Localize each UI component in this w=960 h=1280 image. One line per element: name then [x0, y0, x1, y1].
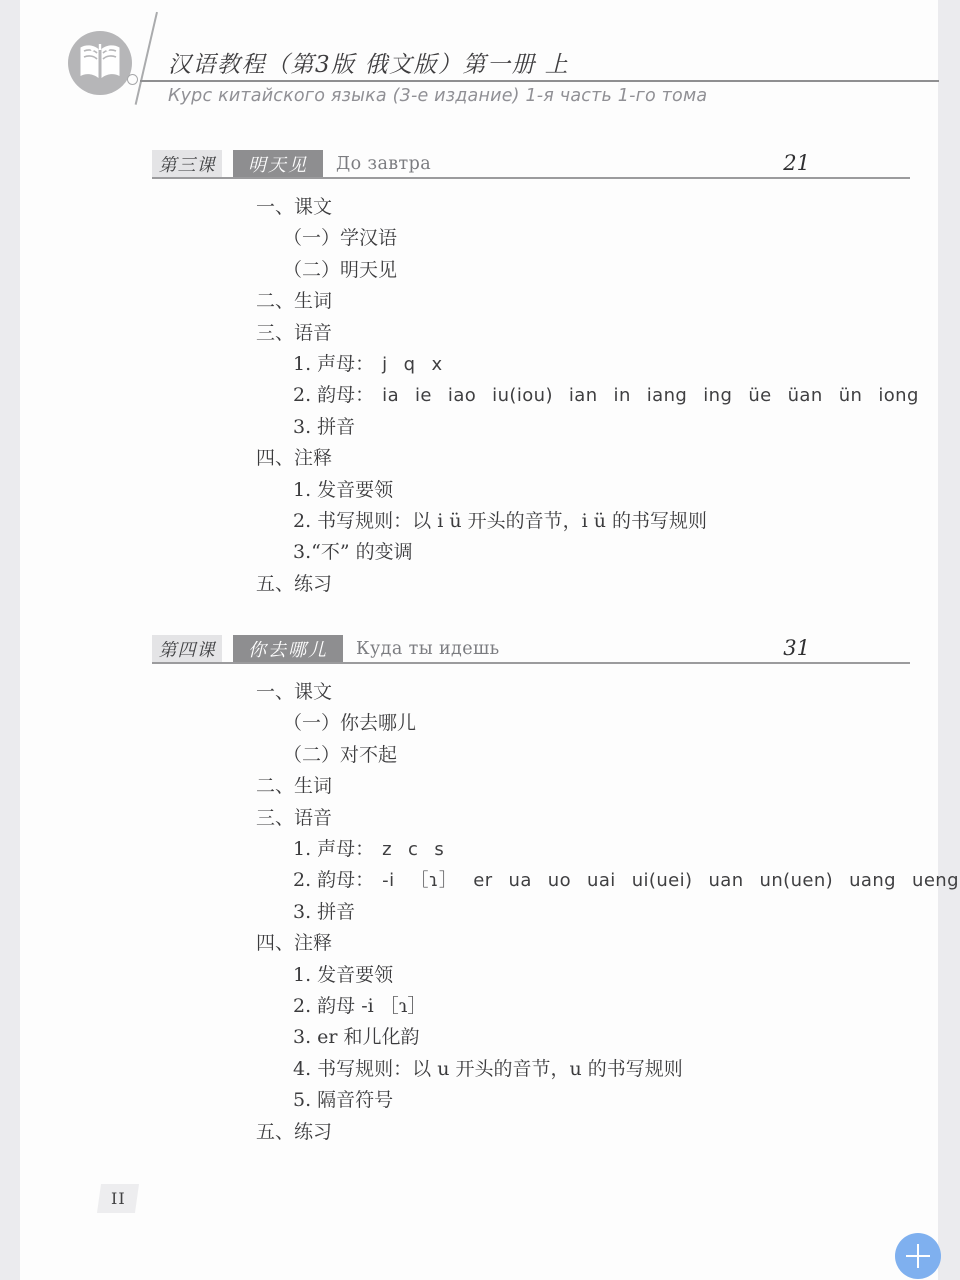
header-ring-marker	[127, 74, 138, 85]
toc-item: （二）对不起	[152, 740, 910, 771]
toc-item: 1. 声母：j q x	[152, 349, 910, 380]
add-button[interactable]	[895, 1233, 941, 1279]
running-subtitle: Курс китайского языка (3-е издание) 1-я …	[168, 86, 707, 106]
toc-item: 2. 韵母：-i ［ɿ］ er ua uo uai ui(uei) uan un…	[152, 865, 910, 896]
toc-item: 二、生词	[152, 286, 910, 317]
lesson-title-badge: 你去哪儿	[233, 635, 343, 662]
toc-item: 三、语音	[152, 318, 910, 349]
toc-item: 3. 拼音	[152, 412, 910, 443]
lesson-title-badge: 明天见	[233, 150, 323, 177]
toc-item: 二、生词	[152, 771, 910, 802]
lesson-entry-4: 第四课 你去哪儿 Куда ты идешь 31 一、课文（一）你去哪儿（二）…	[152, 635, 910, 1148]
lesson-title-russian: Куда ты идешь	[356, 635, 500, 662]
header-diagonal-line	[135, 12, 158, 105]
toc-item: 三、语音	[152, 803, 910, 834]
lesson-page-number: 21	[783, 151, 810, 175]
toc-item: 2. 韵母 -i ［ɿ］	[152, 991, 910, 1022]
plus-icon	[917, 1244, 919, 1268]
toc-item: （一）学汉语	[152, 223, 910, 254]
toc-item: 4. 书写规则：以 u 开头的音节，u 的书写规则	[152, 1054, 910, 1085]
toc-item: 五、练习	[152, 569, 910, 600]
toc-item: 1. 声母：z c s	[152, 834, 910, 865]
toc-item: 2. 书写规则：以 i ü 开头的音节，i ü 的书写规则	[152, 506, 910, 537]
pinyin-text: j q x	[382, 354, 442, 375]
toc-item: 5. 隔音符号	[152, 1085, 910, 1116]
toc-list: 一、课文（一）学汉语（二）明天见二、生词三、语音1. 声母：j q x2. 韵母…	[152, 192, 910, 600]
toc-item: 一、课文	[152, 677, 910, 708]
lesson-entry-3: 第三课 明天见 До завтра 21 一、课文（一）学汉语（二）明天见二、生…	[152, 150, 910, 600]
toc-item: 3. er 和儿化韵	[152, 1022, 910, 1053]
pinyin-text: -i ［ɿ］ er ua uo uai ui(uei) uan un(uen) …	[382, 870, 959, 891]
toc-item: 3. 拼音	[152, 897, 910, 928]
running-title: 汉语教程（第3版 俄文版）第一册 上	[168, 46, 569, 79]
lesson-page-number: 31	[783, 636, 810, 660]
toc-item: 四、注释	[152, 443, 910, 474]
footer-page-number: II	[111, 1189, 126, 1208]
toc-item: 2. 韵母：ia ie iao iu(iou) ian in iang ing …	[152, 380, 910, 411]
lesson-number-badge: 第四课	[152, 635, 222, 662]
lesson-header: 第三课 明天见 До завтра 21	[152, 150, 910, 179]
page-edge-right	[938, 0, 960, 1280]
page-edge-left	[0, 0, 20, 1280]
toc-item: （二）明天见	[152, 255, 910, 286]
lesson-header: 第四课 你去哪儿 Куда ты идешь 31	[152, 635, 910, 664]
toc-item: 1. 发音要领	[152, 475, 910, 506]
toc-item: 3.“不” 的变调	[152, 537, 910, 568]
toc-item: 四、注释	[152, 928, 910, 959]
toc-list: 一、课文（一）你去哪儿（二）对不起二、生词三、语音1. 声母：z c s2. 韵…	[152, 677, 910, 1148]
pinyin-text: ia ie iao iu(iou) ian in iang ing üe üan…	[382, 385, 919, 406]
header-rule	[140, 80, 939, 82]
toc-item: 五、练习	[152, 1117, 910, 1148]
lesson-number-badge: 第三课	[152, 150, 222, 177]
publisher-logo	[68, 31, 132, 95]
open-book-icon	[68, 31, 132, 95]
toc-item: （一）你去哪儿	[152, 708, 910, 739]
toc-item: 1. 发音要领	[152, 960, 910, 991]
toc-item: 一、课文	[152, 192, 910, 223]
pinyin-text: z c s	[382, 839, 444, 860]
lesson-title-russian: До завтра	[336, 150, 431, 177]
footer-page-badge: II	[97, 1184, 139, 1213]
